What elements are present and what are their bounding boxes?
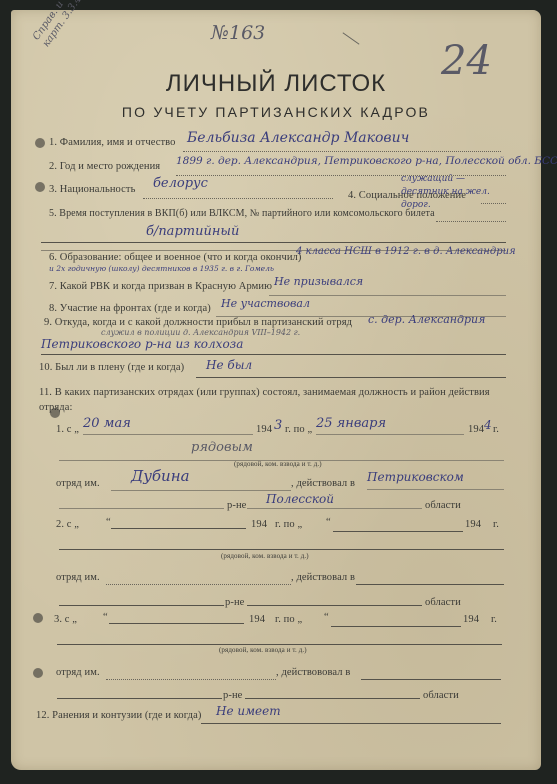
detachment-2-unit-line (106, 584, 291, 585)
field-4-value: служащий — десятник на жел. дорог. (401, 173, 511, 212)
detachment-3-to-line (331, 626, 461, 627)
detachment-2-operated-label: , действовал в (291, 572, 355, 583)
field-5-line-a (436, 221, 506, 222)
detachment-1-from-year-digit: 3 (274, 418, 282, 433)
detachment-2-region-line-a (59, 605, 224, 606)
detachment-2-to-quote: “ (326, 517, 331, 528)
field-2-label: 2. Год и место рождения (49, 161, 160, 172)
field-3-value: белорус (153, 176, 208, 191)
detachment-1-num: 1. с „ (56, 424, 79, 435)
detachment-1-to-suffix: г. (493, 424, 499, 435)
detachment-3-to-suffix: г. (491, 614, 497, 625)
field-5-line-b (41, 242, 506, 243)
detachment-1-region-suffix: области (425, 500, 461, 511)
detachment-1-position: рядовым (191, 440, 253, 455)
detachment-2-position-hint: (рядовой, ком. взвода и т. д.) (221, 552, 309, 560)
field-12-label: 12. Ранения и контузии (где и когда) (36, 710, 201, 721)
detachment-1-from-date: 20 мая (83, 416, 131, 431)
check-mark (343, 32, 360, 44)
field-7-label: 7. Какой РВК и когда призван в Красную А… (49, 281, 272, 292)
field-1-line (183, 151, 501, 152)
detachment-1-district-line (367, 489, 504, 490)
detachment-2-to-suffix: г. (493, 519, 499, 530)
detachment-2-position-line (59, 549, 504, 550)
field-9-pencil-note: служил в полиции д. Александрия VIII–194… (101, 328, 300, 337)
detachment-1-region: Полесской (266, 492, 334, 506)
field-8-value: Не участвовал (221, 297, 310, 310)
detachment-3-from-quote: “ (103, 612, 108, 623)
detachment-1-district: Петриковском (367, 470, 464, 484)
detachment-1-unit-name: Дубина (131, 467, 190, 485)
detachment-2-from-quote: “ (106, 517, 111, 528)
detachment-2-to-line (333, 531, 463, 532)
binder-hole-2 (35, 182, 45, 192)
field-12-value: Не имеет (216, 704, 281, 718)
detachment-3-to-year: 194 (463, 614, 479, 625)
detachment-2-from-suffix: г. по „ (275, 519, 302, 530)
detachment-3-position-line (57, 644, 502, 645)
document-sheet: Справ. и карт. 3.3.44 №163 24 ЛИЧНЫЙ ЛИС… (11, 10, 541, 770)
detachment-1-from-line (83, 434, 253, 435)
detachment-2-district-suffix: р-не (225, 597, 244, 608)
detachment-1-unit-line (111, 490, 291, 491)
detachment-3-region-line-b (245, 698, 420, 699)
detachment-3-to-quote: “ (324, 612, 329, 623)
detachment-2-district-line (356, 584, 504, 585)
detachment-2-region-line-b (247, 605, 422, 606)
detachment-1-operated-label: , действовал в (291, 478, 355, 489)
detachment-3-position-hint: (рядовой, ком. взвода и т. д.) (219, 646, 307, 654)
field-6-label: 6. Образование: общее и военное (что и к… (49, 252, 302, 263)
field-9-label: 9. Откуда, когда и с какой должности при… (44, 317, 352, 328)
field-3-label: 3. Национальность (49, 184, 136, 195)
detachment-3-from-line (109, 623, 244, 624)
detachment-2-region-suffix: области (425, 597, 461, 608)
top-left-note: Справ. и карт. 3.3.44 (31, 0, 91, 50)
field-3-line (143, 198, 333, 199)
page-subtitle: ПО УЧЕТУ ПАРТИЗАНСКИХ КАДРОВ (11, 104, 541, 120)
detachment-1-from-year: 194 (256, 424, 272, 435)
field-6-value-2: и 2х годичную (школу) десятников в 1935 … (49, 264, 274, 273)
detachment-2-from-year: 194 (251, 519, 267, 530)
detachment-3-region-line-a (57, 698, 222, 699)
detachment-1-unit-label: отряд им. (56, 478, 100, 489)
detachment-1-region-line-a (59, 508, 224, 509)
field-10-label: 10. Был ли в плену (где и когда) (39, 362, 184, 373)
detachment-3-district-suffix: р-не (223, 690, 242, 701)
detachment-1-district-suffix: р-не (227, 500, 246, 511)
detachment-1-to-year-digit: 4 (484, 418, 492, 432)
binder-hole-4 (33, 613, 43, 623)
field-10-line (196, 377, 506, 378)
field-5-label: 5. Время поступления в ВКП(б) или ВЛКСМ,… (49, 208, 435, 219)
detachment-1-to-year: 194 (468, 424, 484, 435)
binder-hole-1 (35, 138, 45, 148)
detachment-3-operated-label: , действововал в (276, 667, 350, 678)
detachment-3-unit-label: отряд им. (56, 667, 100, 678)
field-10-value: Не был (206, 358, 252, 372)
field-1-value: Бельбиза Александр Макович (187, 130, 409, 146)
detachment-3-region-suffix: области (423, 690, 459, 701)
detachment-2-to-year: 194 (465, 519, 481, 530)
detachment-3-from-suffix: г. по „ (275, 614, 302, 625)
field-6-value: 4 класса НСШ в 1912 г. в д. Александрия (296, 246, 516, 257)
field-1-label: 1. Фамилия, имя и отчество (49, 137, 176, 148)
detachment-1-position-hint: (рядовой, ком. взвода и т. д.) (234, 460, 322, 468)
field-12-line (201, 723, 501, 724)
field-9-line (41, 354, 506, 355)
detachment-1-to-line (316, 434, 464, 435)
detachment-1-to-date: 25 января (316, 416, 386, 431)
detachment-3-num: 3. с „ (54, 614, 77, 625)
field-9-value-2: Петриковского р-на из колхоза (41, 337, 243, 351)
detachment-3-unit-line (106, 679, 276, 680)
binder-hole-3 (50, 408, 60, 418)
detachment-1-region-line-b (247, 508, 422, 509)
detachment-2-from-line (111, 528, 246, 529)
field-5-value: б/партийный (146, 224, 239, 239)
detachment-3-from-year: 194 (249, 614, 265, 625)
field-2-value: 1899 г. дер. Александрия, Петриковского … (176, 155, 557, 167)
detachment-1-from-suffix: г. по „ (285, 424, 312, 435)
number-note: №163 (211, 22, 265, 44)
field-8-label: 8. Участие на фронтах (где и когда) (49, 303, 211, 314)
detachment-3-district-line (361, 679, 501, 680)
field-11-label: 11. В каких партизанских отрядах (или гр… (39, 385, 509, 415)
detachment-2-num: 2. с „ (56, 519, 79, 530)
detachment-2-unit-label: отряд им. (56, 572, 100, 583)
binder-hole-5 (33, 668, 43, 678)
field-7-line (269, 295, 506, 296)
field-9-value: с. дер. Александрия (368, 313, 485, 326)
field-7-value: Не призывался (274, 275, 363, 288)
page-title: ЛИЧНЫЙ ЛИСТОК (11, 70, 541, 98)
